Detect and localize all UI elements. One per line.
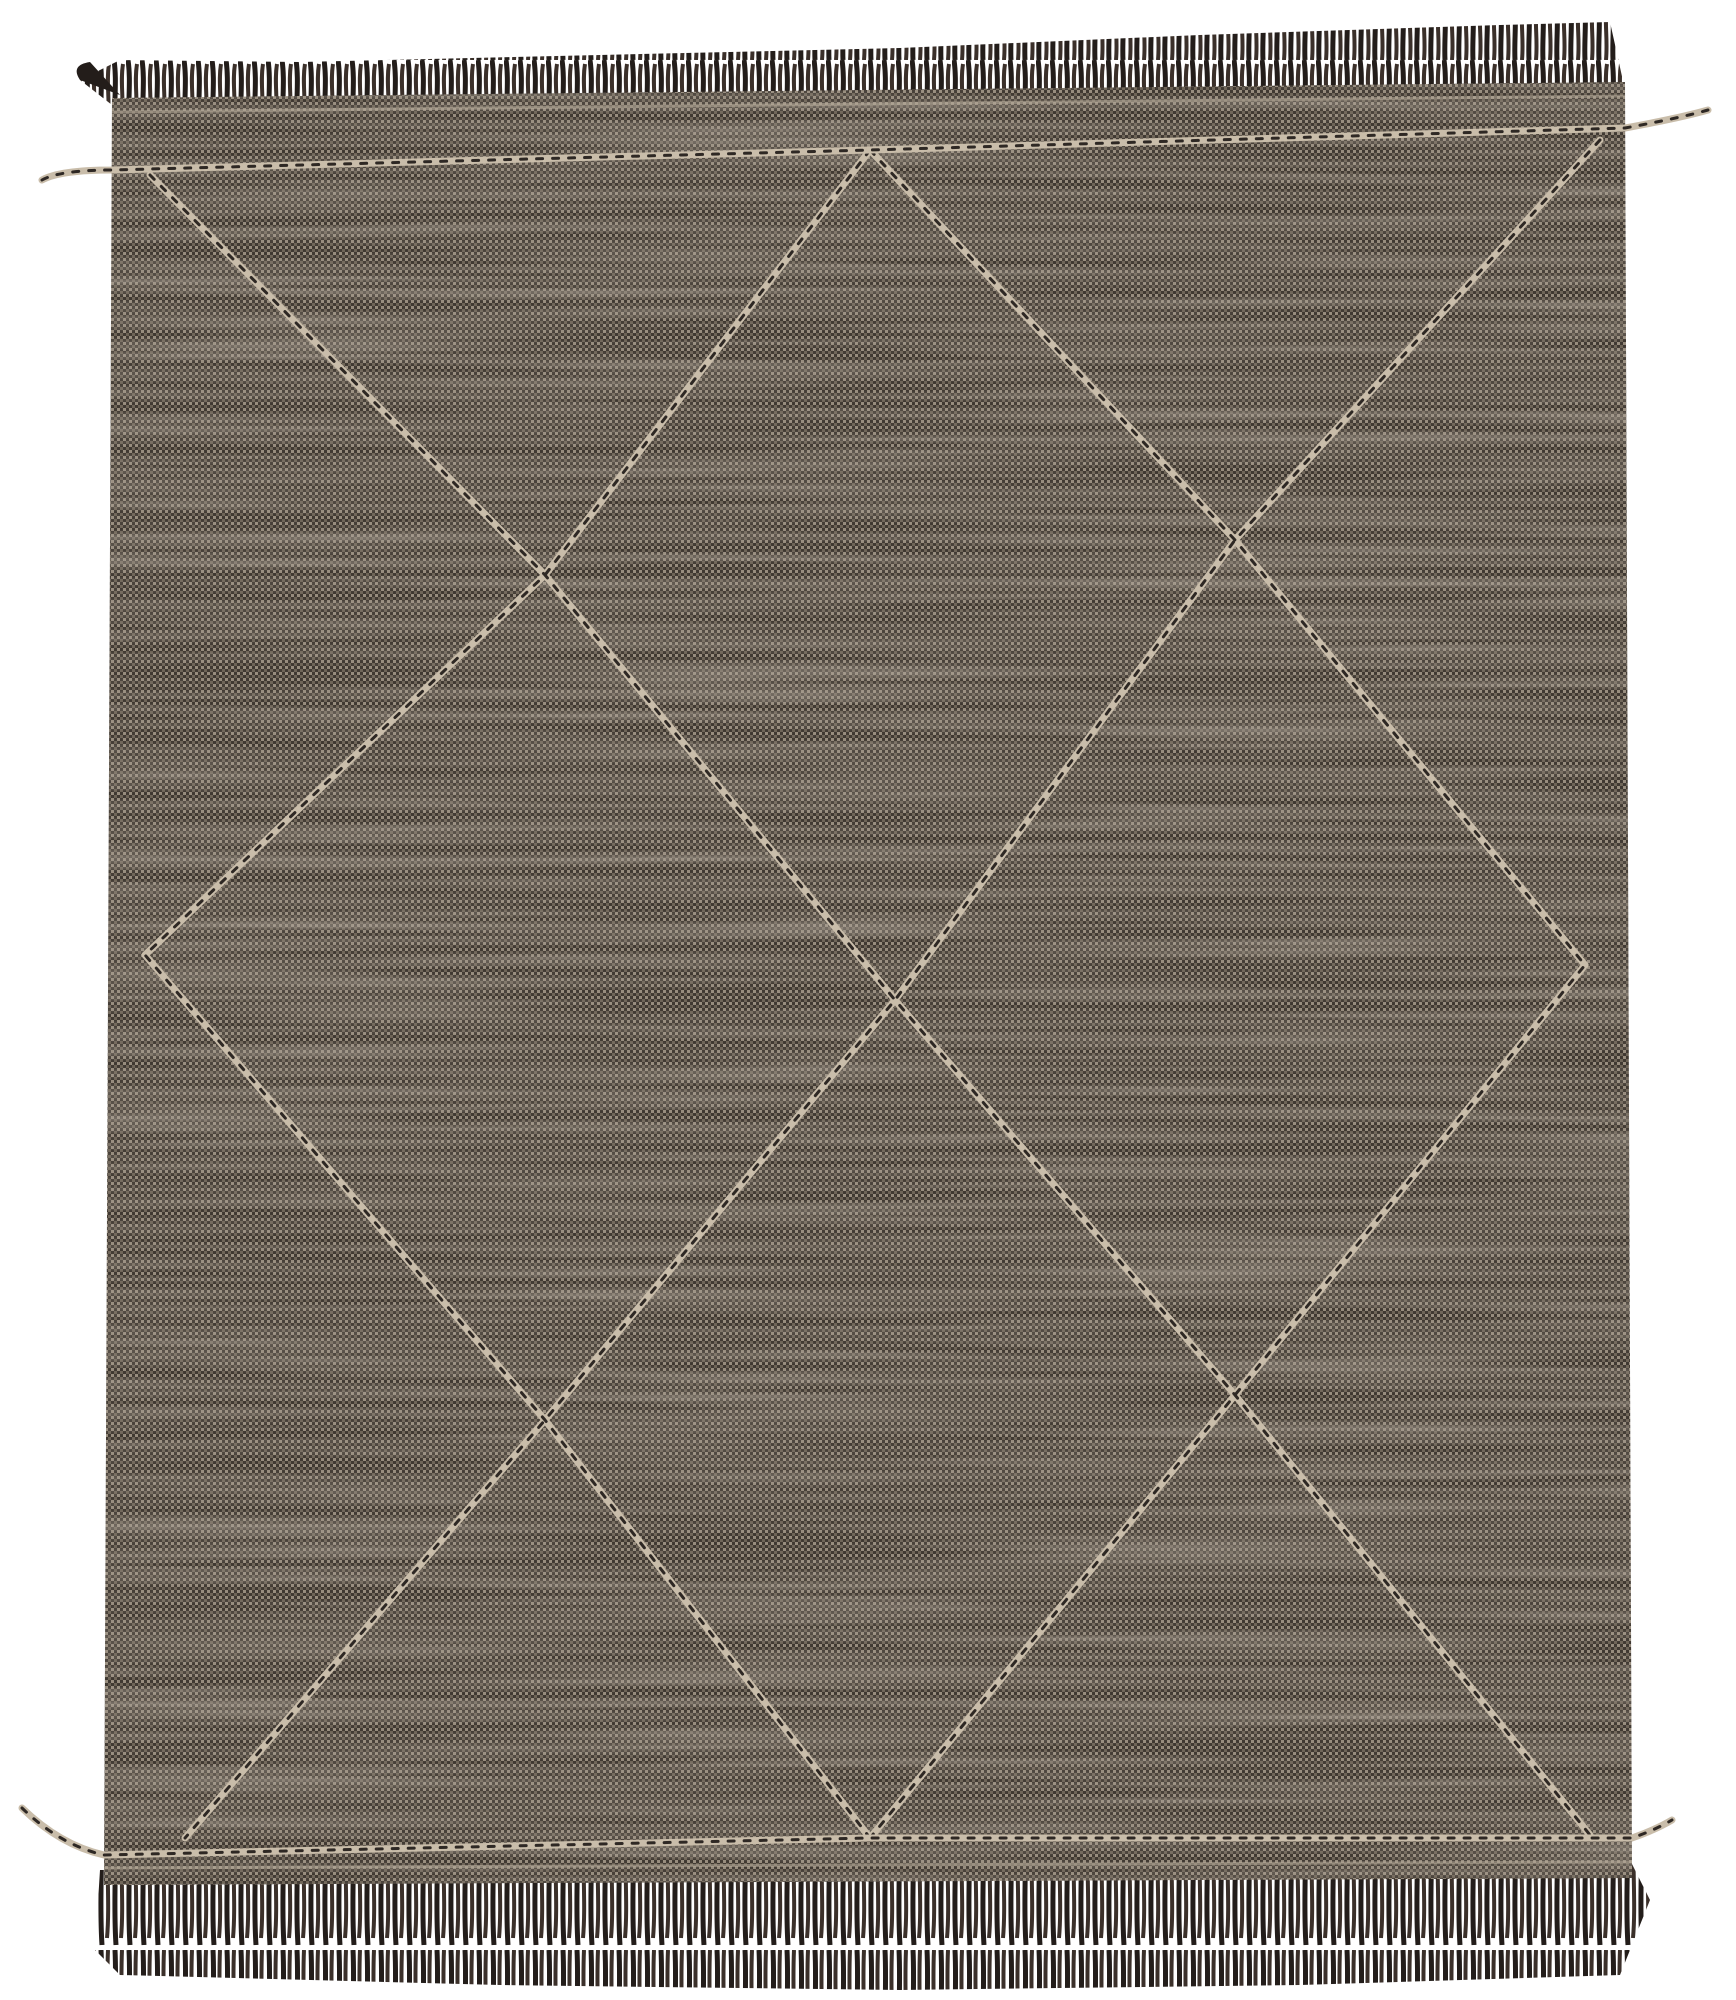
- rug-photo: [0, 0, 1736, 2000]
